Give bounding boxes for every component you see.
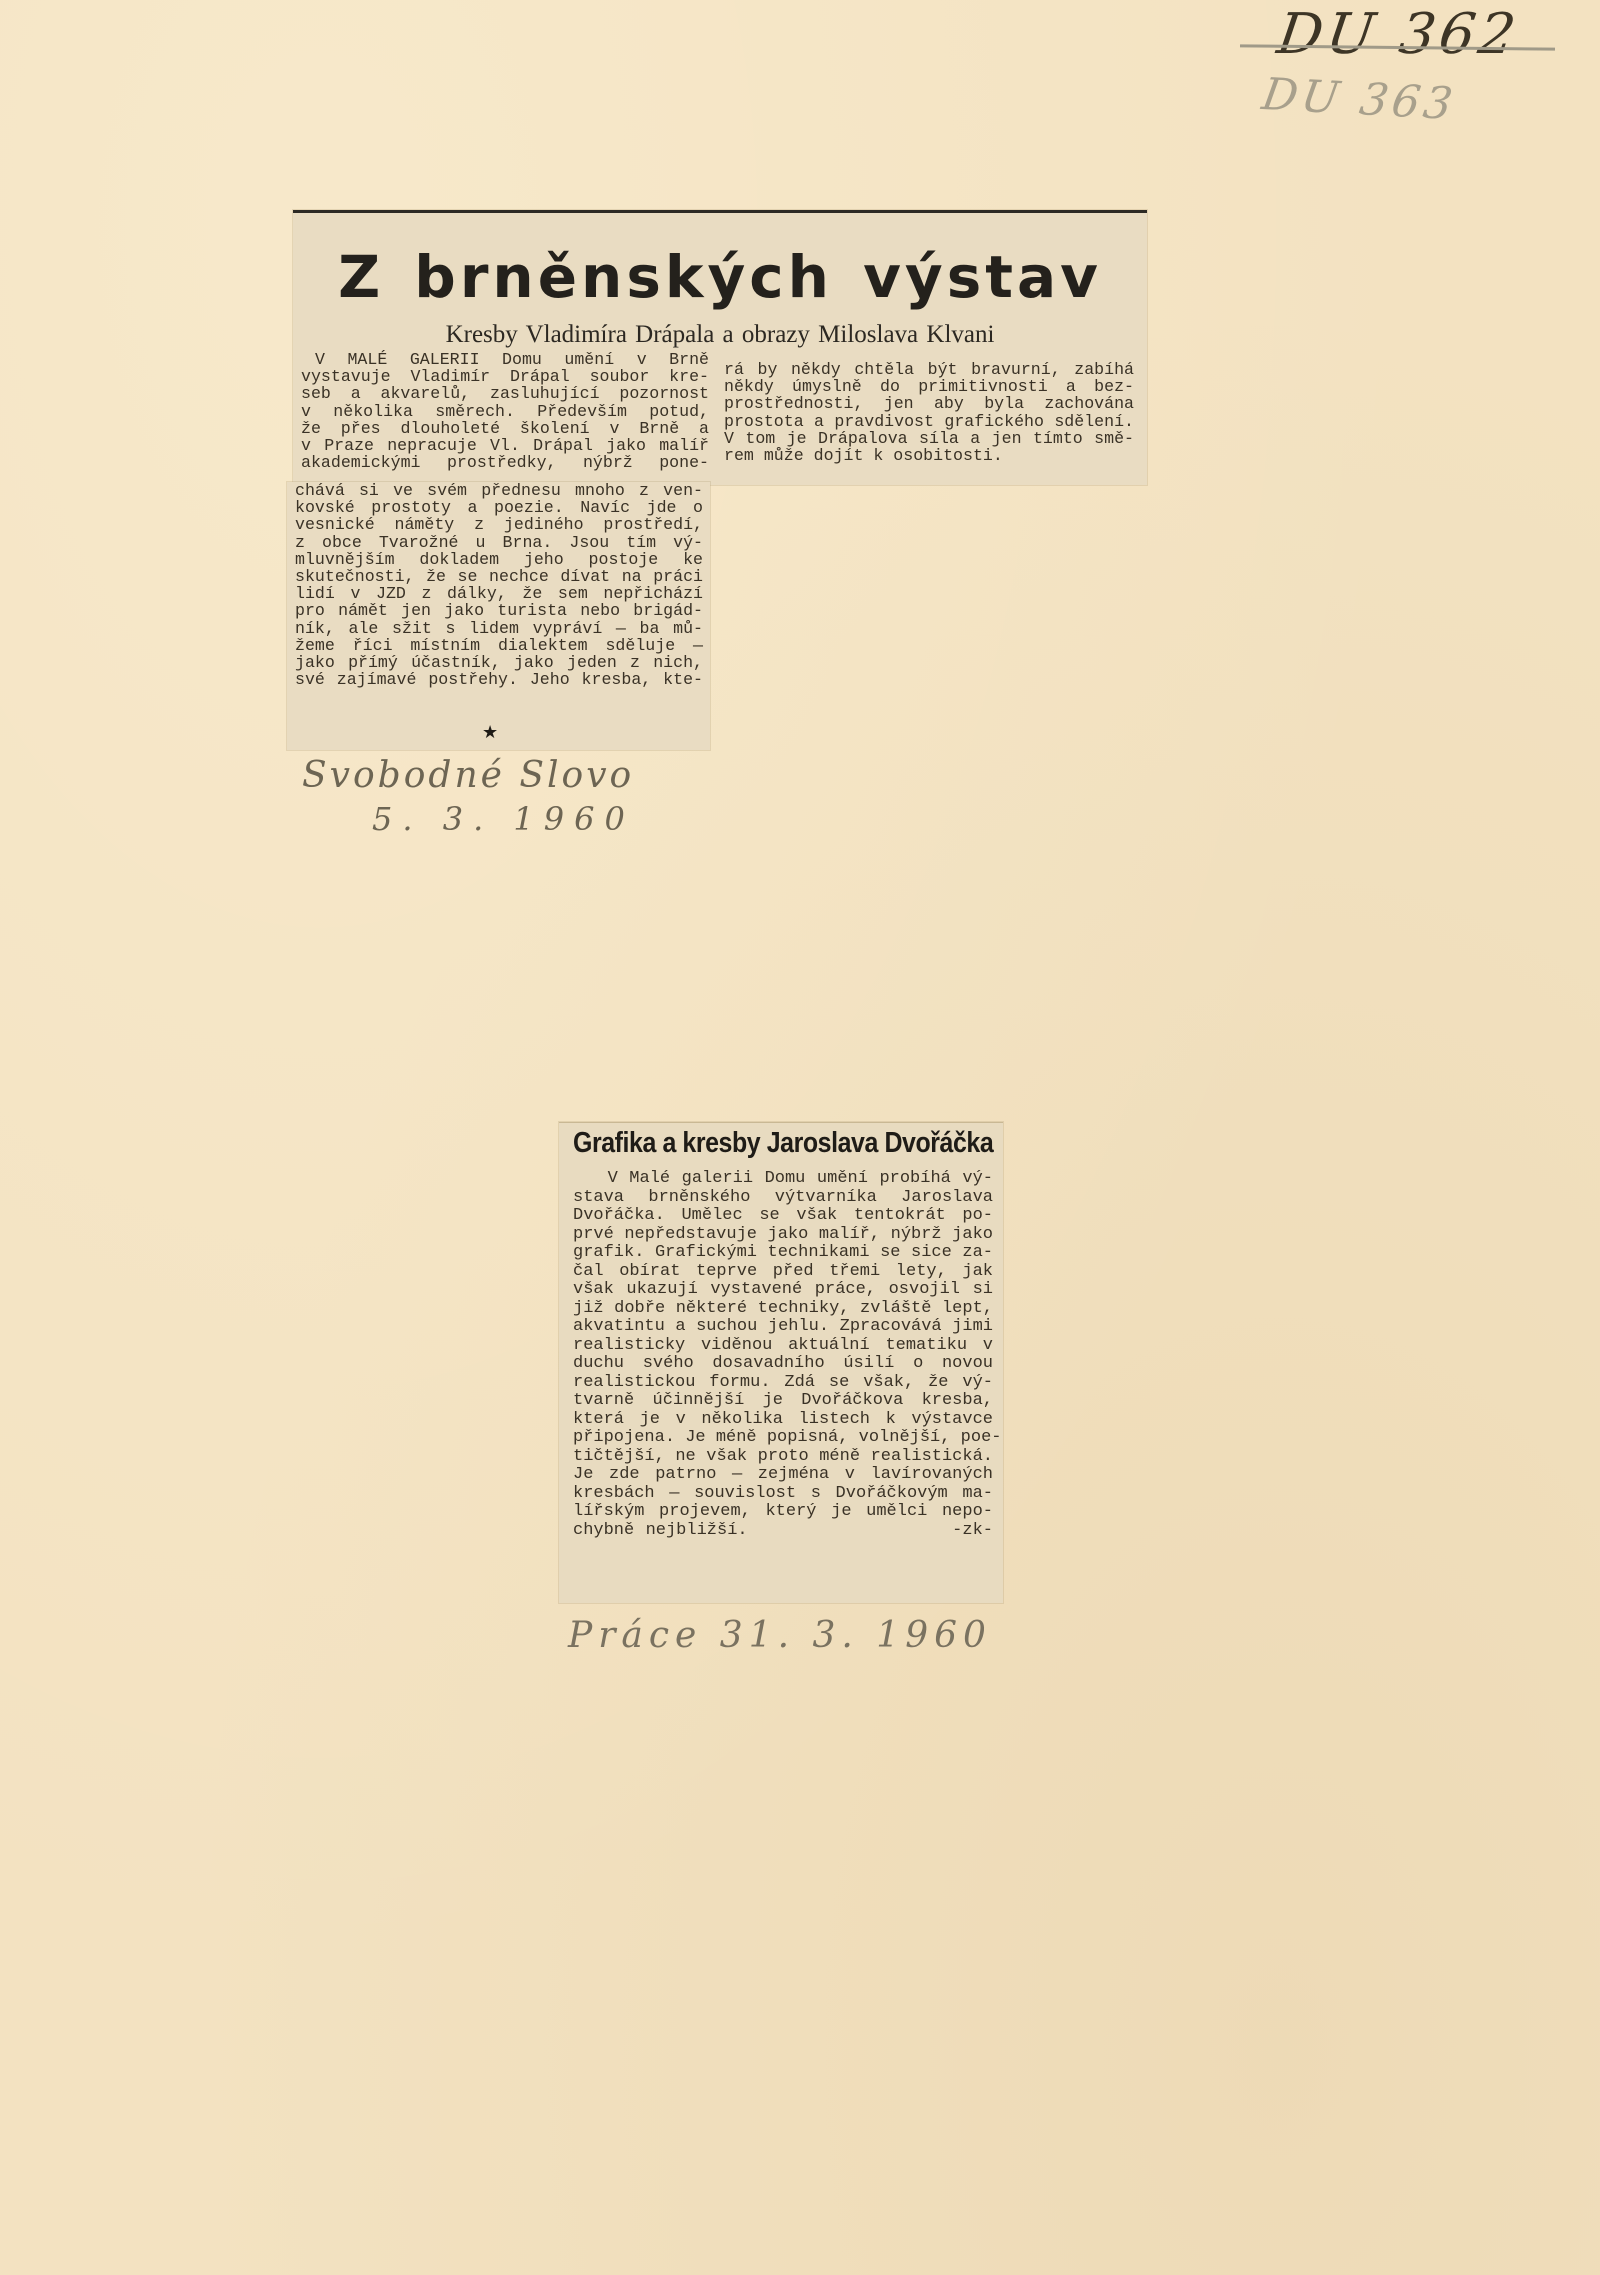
- text-line: ník, ale sžit s lidem vypráví — ba mů-: [295, 620, 703, 637]
- clipping-1-column-right: rá by někdy chtěla být bravurní, zabíhá …: [724, 361, 1134, 464]
- text-line: rem může dojít k osobitosti.: [724, 447, 1134, 464]
- clipping-1-column-left-top: V MALÉ GALERII Domu umění v Brně vystavu…: [301, 351, 709, 471]
- text-line: prostota a pravdivost grafického sdělení…: [724, 413, 1134, 430]
- text-line: prostřednosti, jen aby byla zachována: [724, 395, 1134, 412]
- text-line: prvé nepředstavuje jako malíř, nýbrž jak…: [573, 1226, 993, 1245]
- text-line: chybně nejbližší. -zk-: [573, 1522, 993, 1541]
- text-line: pro námět jen jako turista nebo brigád-: [295, 602, 703, 619]
- text-line: v Praze nepracuje Vl. Drápal jako malíř: [301, 437, 709, 454]
- archive-signature: DU 362: [1273, 2, 1523, 67]
- text-line: Je zde patrno — zejména v lavírovaných: [573, 1466, 993, 1485]
- text-line: však ukazují vystavené práce, osvojil si: [573, 1281, 993, 1300]
- text-line: grafik. Grafickými technikami se sice za…: [573, 1244, 993, 1263]
- text-line: vesnické náměty z jediného prostředí,: [295, 516, 703, 533]
- text-line: stava brněnského výtvarníka Jaroslava: [573, 1189, 993, 1208]
- text-line: lidí v JZD z dálky, že sem nepřichází: [295, 585, 703, 602]
- text-line: duchu svého dosavadního úsilí o novou: [573, 1355, 993, 1374]
- handwritten-date-1: 5. 3. 1960: [372, 800, 635, 838]
- text-line: své zajímavé postřehy. Jeho kresba, kte-: [295, 671, 703, 688]
- text-line: která je v několika listech k výstavce: [573, 1411, 993, 1430]
- text-line: akademickými prostředky, nýbrž pone-: [301, 454, 709, 471]
- text-line: V Malé galerii Domu umění probíhá vý-: [573, 1170, 993, 1189]
- text-line: tvarně účinnější je Dvořáčkova kresba,: [573, 1392, 993, 1411]
- text-line: žeme říci místním dialektem sděluje —: [295, 637, 703, 654]
- text-line: V MALÉ GALERII Domu umění v Brně: [301, 351, 709, 368]
- clipping-1-headline: Z brněnských výstav: [293, 243, 1147, 311]
- text-line: Dvořáčka. Umělec se však tentokrát po-: [573, 1207, 993, 1226]
- handwritten-source-2: Práce 31. 3. 1960: [568, 1615, 992, 1656]
- text-line: akvatintu a suchou jehlu. Zpracovává jim…: [573, 1318, 993, 1337]
- text-line: seb a akvarelů, zasluhující pozornost: [301, 385, 709, 402]
- text-line: z obce Tvarožné u Brna. Jsou tím vý-: [295, 534, 703, 551]
- text-line: V tom je Drápalova síla a jen tímto smě-: [724, 430, 1134, 447]
- text-line: realistickou formu. Zdá se však, že vý-: [573, 1374, 993, 1393]
- text-line: vystavuje Vladimír Drápal soubor kre-: [301, 368, 709, 385]
- clipping-1-column-left-bottom: chává si ve svém přednesu mnoho z ven- k…: [295, 482, 703, 688]
- newspaper-clipping-2: Grafika a kresby Jaroslava Dvořáčka V Ma…: [559, 1122, 1003, 1603]
- star-end-mark-icon: ★: [482, 722, 498, 743]
- text-line: lířským projevem, který je umělci nepo-: [573, 1503, 993, 1522]
- text-line: v několika směrech. Především potud,: [301, 403, 709, 420]
- text-line: již dobře některé techniky, zvláště lept…: [573, 1300, 993, 1319]
- text-line: rá by někdy chtěla být bravurní, zabíhá: [724, 361, 1134, 378]
- text-line: čal obírat teprve před třemi lety, jak: [573, 1263, 993, 1282]
- text-line: mluvnějším dokladem jeho postoje ke: [295, 551, 703, 568]
- text-line: kovské prostoty a poezie. Navíc jde o: [295, 499, 703, 516]
- text-line: jako přímý účastník, jako jeden z nich,: [295, 654, 703, 671]
- text-line: kresbách — souvislost s Dvořáčkovým ma-: [573, 1485, 993, 1504]
- text-line: někdy úmyslně do primitivnosti a bez-: [724, 378, 1134, 395]
- newspaper-clipping-1: Z brněnských výstav Kresby Vladimíra Drá…: [293, 210, 1147, 485]
- clipping-2-body: V Malé galerii Domu umění probíhá vý- st…: [573, 1170, 993, 1540]
- text-line: připojena. Je méně popisná, volnější, po…: [573, 1429, 993, 1448]
- text-line: realisticky viděnou aktuální tematiku v: [573, 1337, 993, 1356]
- text-line: že přes dlouholeté školení v Brně a: [301, 420, 709, 437]
- newspaper-clipping-1-continuation: chává si ve svém přednesu mnoho z ven- k…: [287, 482, 710, 750]
- clipping-1-subheadline: Kresby Vladimíra Drápala a obrazy Milosl…: [293, 321, 1147, 349]
- archive-signature-faint: DU 363: [1259, 69, 1460, 130]
- text-line: tičtější, ne však proto méně realistická…: [573, 1448, 993, 1467]
- handwritten-source-1: Svobodné Slovo: [302, 755, 634, 796]
- clipping-2-headline: Grafika a kresby Jaroslava Dvořáčka: [573, 1127, 993, 1160]
- text-line: skutečnosti, že se nechce dívat na práci: [295, 568, 703, 585]
- text-line: chává si ve svém přednesu mnoho z ven-: [295, 482, 703, 499]
